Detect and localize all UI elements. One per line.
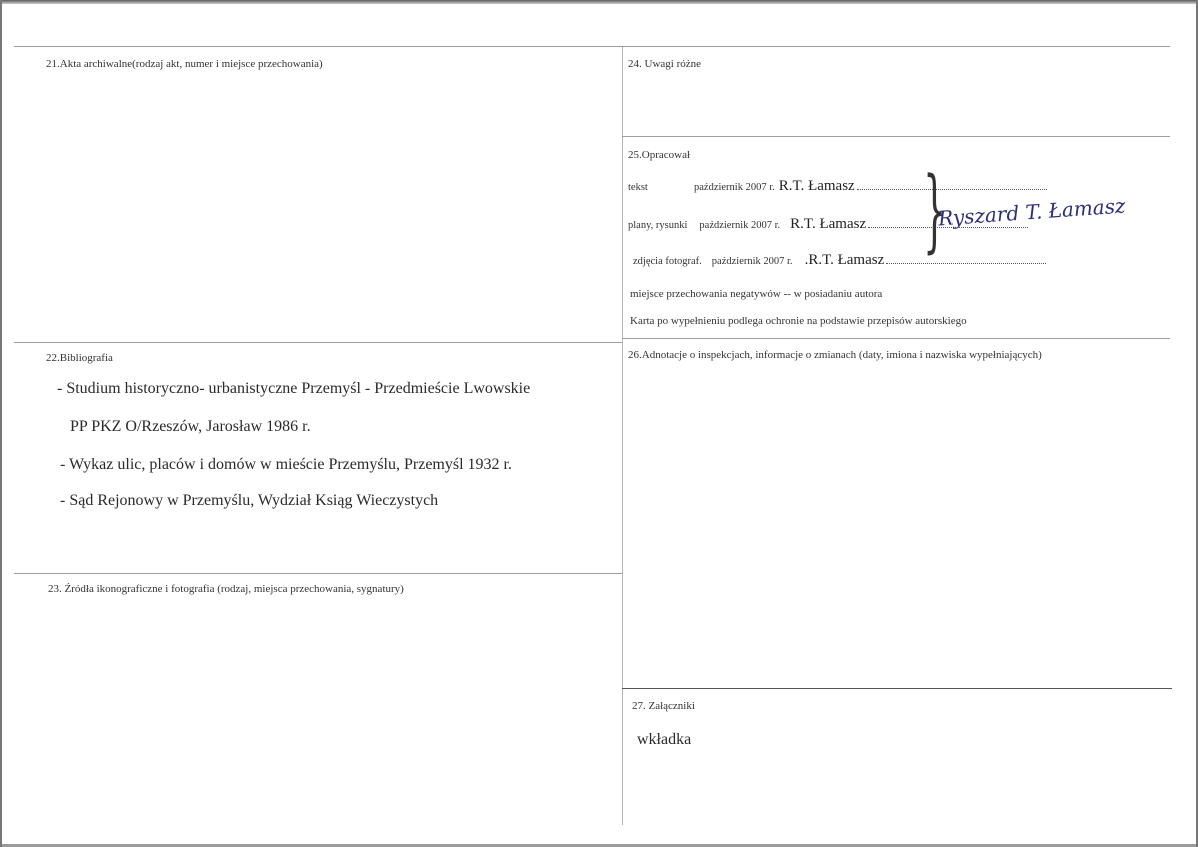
rule-26-27 — [622, 688, 1172, 689]
section-26-label: 26.Adnotacje o inspekcjach, informacje o… — [628, 349, 1042, 361]
row-author: .R.T. Łamasz — [805, 252, 885, 269]
signature-line — [886, 262, 1046, 264]
attachment-value: wkładka — [637, 731, 691, 749]
rule-22-23 — [14, 573, 622, 574]
rule-22-left — [14, 342, 622, 343]
rule-25-26 — [622, 338, 1170, 339]
row-author: R.T. Łamasz — [779, 178, 855, 195]
center-divider — [622, 47, 623, 825]
bibliography-entry: - Wykaz ulic, placów i domów w mieście P… — [60, 456, 512, 474]
section-24-label: 24. Uwagi różne — [628, 58, 701, 70]
top-rule — [14, 46, 1170, 47]
scan-edge-top — [0, 0, 1198, 4]
row-type: tekst — [628, 182, 694, 193]
row-date: październik 2007 r. — [699, 220, 780, 231]
scan-edge-left — [0, 0, 2, 847]
row-date: październik 2007 r. — [712, 256, 793, 267]
signature-line — [857, 188, 1047, 190]
section-27-label: 27. Załączniki — [632, 700, 695, 712]
negatives-storage-note: miejsce przechowania negatywów -- w posi… — [630, 288, 882, 300]
row-type: zdjęcia fotograf. — [633, 256, 702, 267]
row-date: październik 2007 r. — [694, 182, 775, 193]
handwritten-signature: Ryszard T. Łamasz — [937, 193, 1126, 230]
section-25-label: 25.Opracował — [628, 149, 690, 161]
bibliography-entry: PP PKZ O/Rzeszów, Jarosław 1986 r. — [70, 418, 311, 436]
row-author: R.T. Łamasz — [790, 216, 866, 233]
section-23-label: 23. Źródła ikonograficzne i fotografia (… — [48, 583, 404, 595]
row-type: plany, rysunki — [628, 220, 687, 231]
author-row-zdjecia: zdjęcia fotograf. październik 2007 r. .R… — [633, 252, 1046, 269]
copyright-note: Karta po wypełnieniu podlega ochronie na… — [630, 315, 967, 327]
rule-24-25 — [622, 136, 1170, 137]
bibliography-entry: - Sąd Rejonowy w Przemyślu, Wydział Ksią… — [60, 492, 438, 510]
author-row-tekst: tekst październik 2007 r. R.T. Łamasz — [628, 178, 1047, 195]
bibliography-entry: - Studium historyczno- urbanistyczne Prz… — [57, 380, 530, 398]
section-21-label: 21.Akta archiwalne(rodzaj akt, numer i m… — [46, 58, 323, 70]
section-22-label: 22.Bibliografia — [46, 352, 113, 364]
